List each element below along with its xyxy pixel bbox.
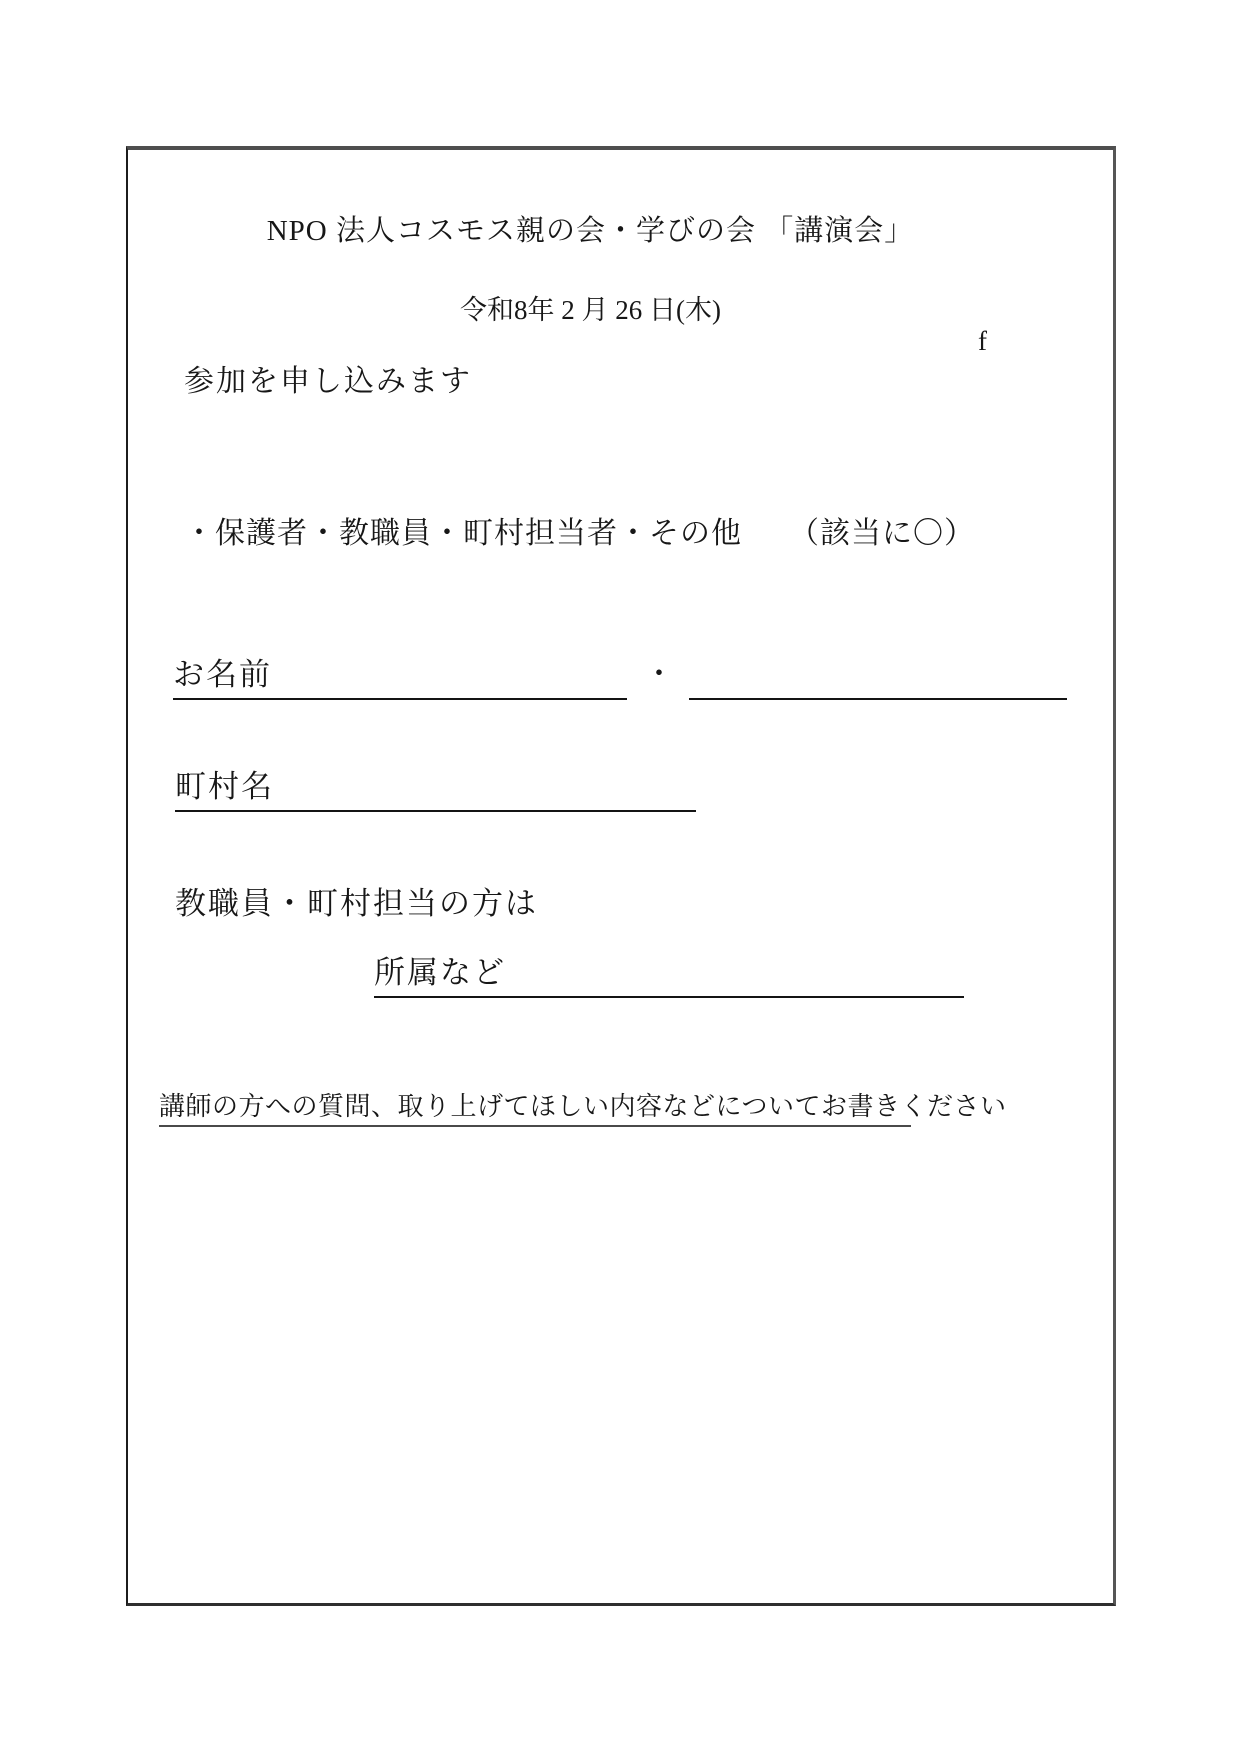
staff-note: 教職員・町村担当の方は <box>175 878 538 923</box>
stray-clipped-glyph: f <box>978 326 987 357</box>
name-label: お名前 <box>173 657 272 692</box>
affiliation-label: 所属など <box>374 955 506 990</box>
document-page: NPO 法人コスモス親の会・学びの会 「講演会」 令和8年 2 月 26 日(木… <box>0 0 1241 1754</box>
event-date: 令和8年 2 月 26 日(木) <box>128 288 1053 327</box>
form-border-box: NPO 法人コスモス親の会・学びの会 「講演会」 令和8年 2 月 26 日(木… <box>126 146 1116 1606</box>
name-field-line-1: お名前 <box>173 650 627 700</box>
affiliation-field-line: 所属など <box>374 948 964 998</box>
participant-category-line: ・保護者・教職員・町村担当者・その他 （該当に〇） <box>184 508 975 552</box>
municipality-label: 町村名 <box>175 769 274 804</box>
form-title: NPO 法人コスモス親の会・学びの会 「講演会」 <box>128 208 1053 249</box>
question-prompt-line: 講師の方への質問、取り上げてほしい内容などについてお書きください <box>159 1088 911 1127</box>
name-field-line-2 <box>689 650 1067 700</box>
name-separator-dot: ・ <box>644 650 672 698</box>
municipality-field-line: 町村名 <box>175 762 696 812</box>
apply-statement: 参加を申し込みます <box>184 356 472 400</box>
